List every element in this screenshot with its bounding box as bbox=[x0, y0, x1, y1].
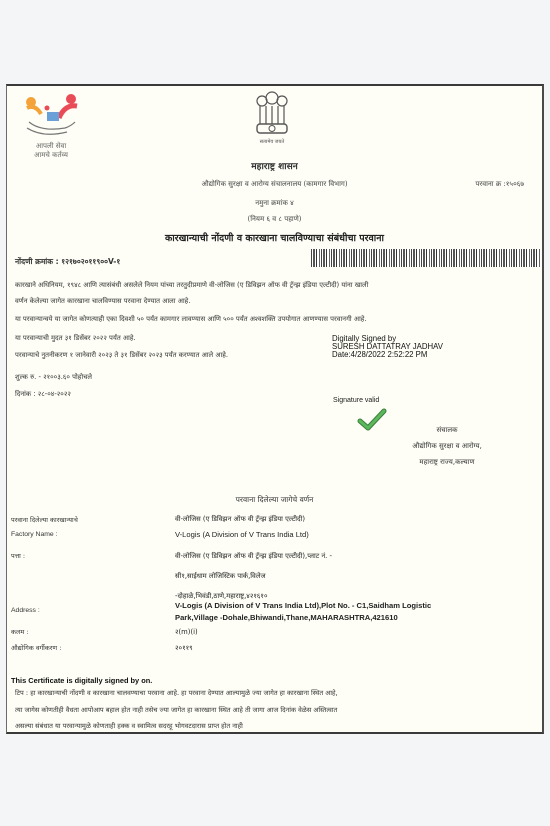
body-paragraph: वर्णन केलेल्या जागेत कारखाना चालविण्यास … bbox=[15, 296, 190, 305]
premises-label: कलम : bbox=[11, 627, 29, 636]
body-paragraph: परवान्याचे नुतनीकरण १ जानेवारी २०२३ ते ३… bbox=[15, 350, 228, 359]
footnote-line: टिप : हा कारखान्याची नोंदणी व कारखाना चा… bbox=[15, 688, 338, 697]
premises-value: २०११९ bbox=[175, 643, 193, 652]
body-paragraph: या परवान्याची मुदत ३१ डिसेंबर २०२२ पर्यं… bbox=[15, 333, 136, 342]
issue-date: दिनांक : २८-०४-२०२२ bbox=[15, 389, 71, 398]
signature-date: Date:4/28/2022 2:52:22 PM bbox=[332, 351, 443, 359]
license-document: आपली सेवा आमचे कर्तव्य सत्यमेव जयते महार… bbox=[6, 84, 544, 734]
premises-value: २(m)(i) bbox=[175, 627, 198, 636]
signature-status: Signature valid bbox=[333, 397, 379, 404]
barcode bbox=[311, 249, 541, 267]
form-number: नमुना क्रमांक ४ bbox=[7, 199, 542, 208]
premises-label: पत्ता : bbox=[11, 551, 25, 560]
body-paragraph: या परवान्यान्वये या जागेत कोणत्याही एका … bbox=[15, 314, 367, 323]
emblem-motto: सत्यमेव जयते bbox=[250, 139, 294, 145]
document-title: कारखान्याची नोंदणी व कारखाना चालविण्याचा… bbox=[7, 231, 542, 244]
certificate-note: This Certificate is digitally signed by … bbox=[11, 676, 152, 685]
premises-label: Address : bbox=[11, 607, 40, 614]
department-name: औद्योगिक सुरक्षा व आरोग्य संचालनालय (काम… bbox=[7, 180, 542, 189]
fee-amount: शुल्क रु. - २१००३.६० पोहोचले bbox=[15, 372, 92, 381]
premises-value: -दोहाळे,भिवंडी,ठाणे,महाराष्ट्र,४२१६१० bbox=[175, 591, 268, 600]
national-emblem: सत्यमेव जयते bbox=[250, 88, 294, 148]
registration-number: नोंदणी क्रमांक : १२१७०२०११९००V-१ bbox=[15, 257, 120, 267]
logo-caption: आपली सेवा आमचे कर्तव्य bbox=[21, 142, 81, 160]
service-hands-icon bbox=[21, 92, 81, 140]
footnote-line: असल्या संबंधात या परवान्यामुळे कोणताही ह… bbox=[15, 721, 243, 730]
premises-label: Factory Name : bbox=[11, 531, 57, 538]
premises-value: सी१,साईधाम लोजिस्टिक पार्क,विलेज bbox=[175, 571, 265, 580]
director-department: औद्योगिक सुरक्षा व आरोग्य, bbox=[382, 442, 512, 451]
premises-value: Park,Village -Dohale,Bhiwandi,Thane,MAHA… bbox=[175, 612, 398, 623]
government-name: महाराष्ट्र शासन bbox=[7, 159, 542, 172]
director-location: महाराष्ट्र राज्य,कल्याण bbox=[382, 458, 512, 467]
rule-reference: (नियम ६ व ८ पहाणे) bbox=[7, 215, 542, 224]
premises-value: V-Logis (A Division of V Trans India Ltd… bbox=[175, 600, 431, 611]
footnote-line: त्या जागेस कोणतीही वैधता आपोआप बहाल होत … bbox=[15, 705, 337, 714]
license-number: परवाना क्र :१५०६७ bbox=[475, 180, 524, 189]
aapli-seva-logo: आपली सेवा आमचे कर्तव्य bbox=[21, 92, 81, 162]
premises-section-title: परवाना दिलेल्या जागेचे वर्णन bbox=[7, 495, 542, 505]
body-paragraph: कारखाने अधिनियम, १९४८ आणि त्यासंबंधी असल… bbox=[15, 280, 368, 289]
premises-label: परवाना दिलेल्या कारखान्याचे bbox=[11, 515, 78, 524]
director-title: संचालक bbox=[382, 426, 512, 435]
digital-signature-block: Digitally Signed by SURESH DATTATRAY JAD… bbox=[332, 335, 443, 359]
premises-value: V-Logis (A Division of V Trans India Ltd… bbox=[175, 530, 309, 539]
premises-value: वी-लोजिस (ए डिविझन ऑफ वी ट्रॅन्झ इंडिया … bbox=[175, 551, 332, 560]
premises-label: औद्योगिक वर्गीकरण : bbox=[11, 643, 61, 652]
ashoka-emblem-icon bbox=[250, 88, 294, 138]
premises-value: वी-लोजिस (ए डिविझन ऑफ वी ट्रॅन्झ इंडिया … bbox=[175, 514, 305, 523]
